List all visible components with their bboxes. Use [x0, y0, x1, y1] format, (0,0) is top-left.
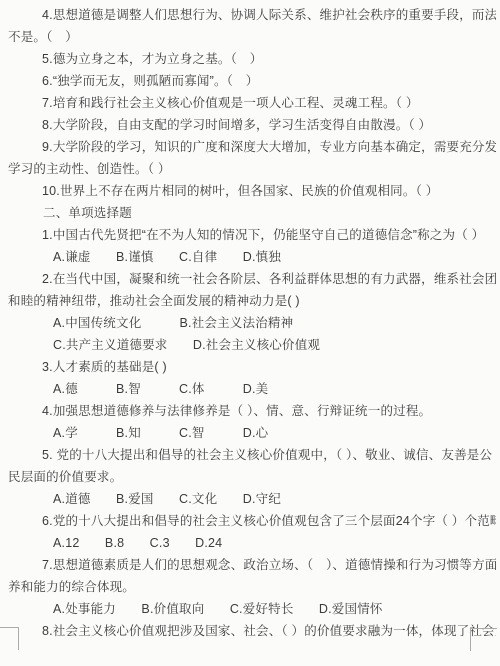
tf-question-8: 8.大学阶段，自由支配的学习时间增多，学习生活变得自由散漫。（ ） — [8, 114, 496, 136]
question-text-block: 4.思想道德是调整人们思想行为、协调人际关系、维护社会秩序的重要手段，而法律 不… — [0, 0, 500, 642]
mc-question-5-line2: 民层面的价值要求。 — [8, 466, 496, 488]
mc-question-2-options-cd: C.共产主义道德要求 D.社会主义核心价值观 — [8, 334, 496, 356]
mc-question-3-options: A.德 B.智 C.体 D.美 — [8, 378, 496, 400]
mc-question-6: 6.党的十八大提出和倡导的社会主义核心价值观包含了三个层面24个字（ ）个范畴。 — [8, 510, 496, 532]
page-corner-mark-right — [470, 628, 497, 651]
section-heading-multiple-choice: 二、单项选择题 — [8, 202, 496, 224]
tf-question-10: 10.世界上不存在两片相同的树叶，但各国家、民族的价值观相同。（ ） — [8, 180, 496, 202]
tf-question-6: 6.“独学而无友，则孤陋而寡闻”。（ ） — [8, 70, 496, 92]
page-corner-mark-left — [0, 627, 19, 650]
mc-question-2-line1: 2.在当代中国，凝聚和统一社会各阶层、各利益群体思想的有力武器，维系社会团结 — [8, 268, 496, 290]
exam-paper-page: 4.思想道德是调整人们思想行为、协调人际关系、维护社会秩序的重要手段，而法律 不… — [0, 0, 500, 666]
mc-question-7-line2: 养和能力的综合体现。 — [8, 576, 496, 598]
mc-question-7-line1: 7.思想道德素质是人们的思想观念、政治立场、（ ）、道德情操和行为习惯等方面素 — [8, 554, 496, 576]
mc-question-7-options: A.处事能力 B.价值取向 C.爱好特长 D.爱国情怀 — [8, 598, 496, 620]
mc-question-2-options-ab: A.中国传统文化 B.社会主义法治精神 — [8, 312, 496, 334]
tf-question-5: 5.德为立身之本，才为立身之基。（ ） — [8, 48, 496, 70]
mc-question-8-line1: 8.社会主义核心价值观把涉及国家、社会、（ ）的价值要求融为一体，体现了社会主 — [8, 620, 496, 642]
tf-question-4-line1: 4.思想道德是调整人们思想行为、协调人际关系、维护社会秩序的重要手段，而法律 — [8, 4, 496, 26]
mc-question-1: 1.中国古代先贤把“在不为人知的情况下，仍能坚守自己的道德信念”称之为（ ） — [8, 224, 496, 246]
tf-question-9-line1: 9.大学阶段的学习，知识的广度和深度大大增加，专业方向基本确定，需要充分发挥 — [8, 136, 496, 158]
mc-question-6-options: A.12 B.8 C.3 D.24 — [8, 532, 496, 554]
mc-question-2-line2: 和睦的精神纽带，推动社会全面发展的精神动力是( ) — [8, 290, 496, 312]
tf-question-4-line2: 不是。（ ） — [8, 26, 496, 48]
tf-question-9-line2: 学习的主动性、创造性。（ ） — [8, 158, 496, 180]
mc-question-4: 4.加强思想道德修养与法律修养是（ ）、情、意、行辩证统一的过程。 — [8, 400, 496, 422]
mc-question-3: 3.人才素质的基础是( ) — [8, 356, 496, 378]
mc-question-5-line1: 5. 党的十八大提出和倡导的社会主义核心价值观中，（ ）、敬业、诚信、友善是公 — [8, 444, 496, 466]
tf-question-7: 7.培育和践行社会主义核心价值观是一项人心工程、灵魂工程。（ ） — [8, 92, 496, 114]
mc-question-4-options: A.学 B.知 C.智 D.心 — [8, 422, 496, 444]
mc-question-5-options: A.道德 B.爱国 C.文化 D.守纪 — [8, 488, 496, 510]
mc-question-1-options: A.谦虚 B.谨慎 C.自律 D.慎独 — [8, 246, 496, 268]
